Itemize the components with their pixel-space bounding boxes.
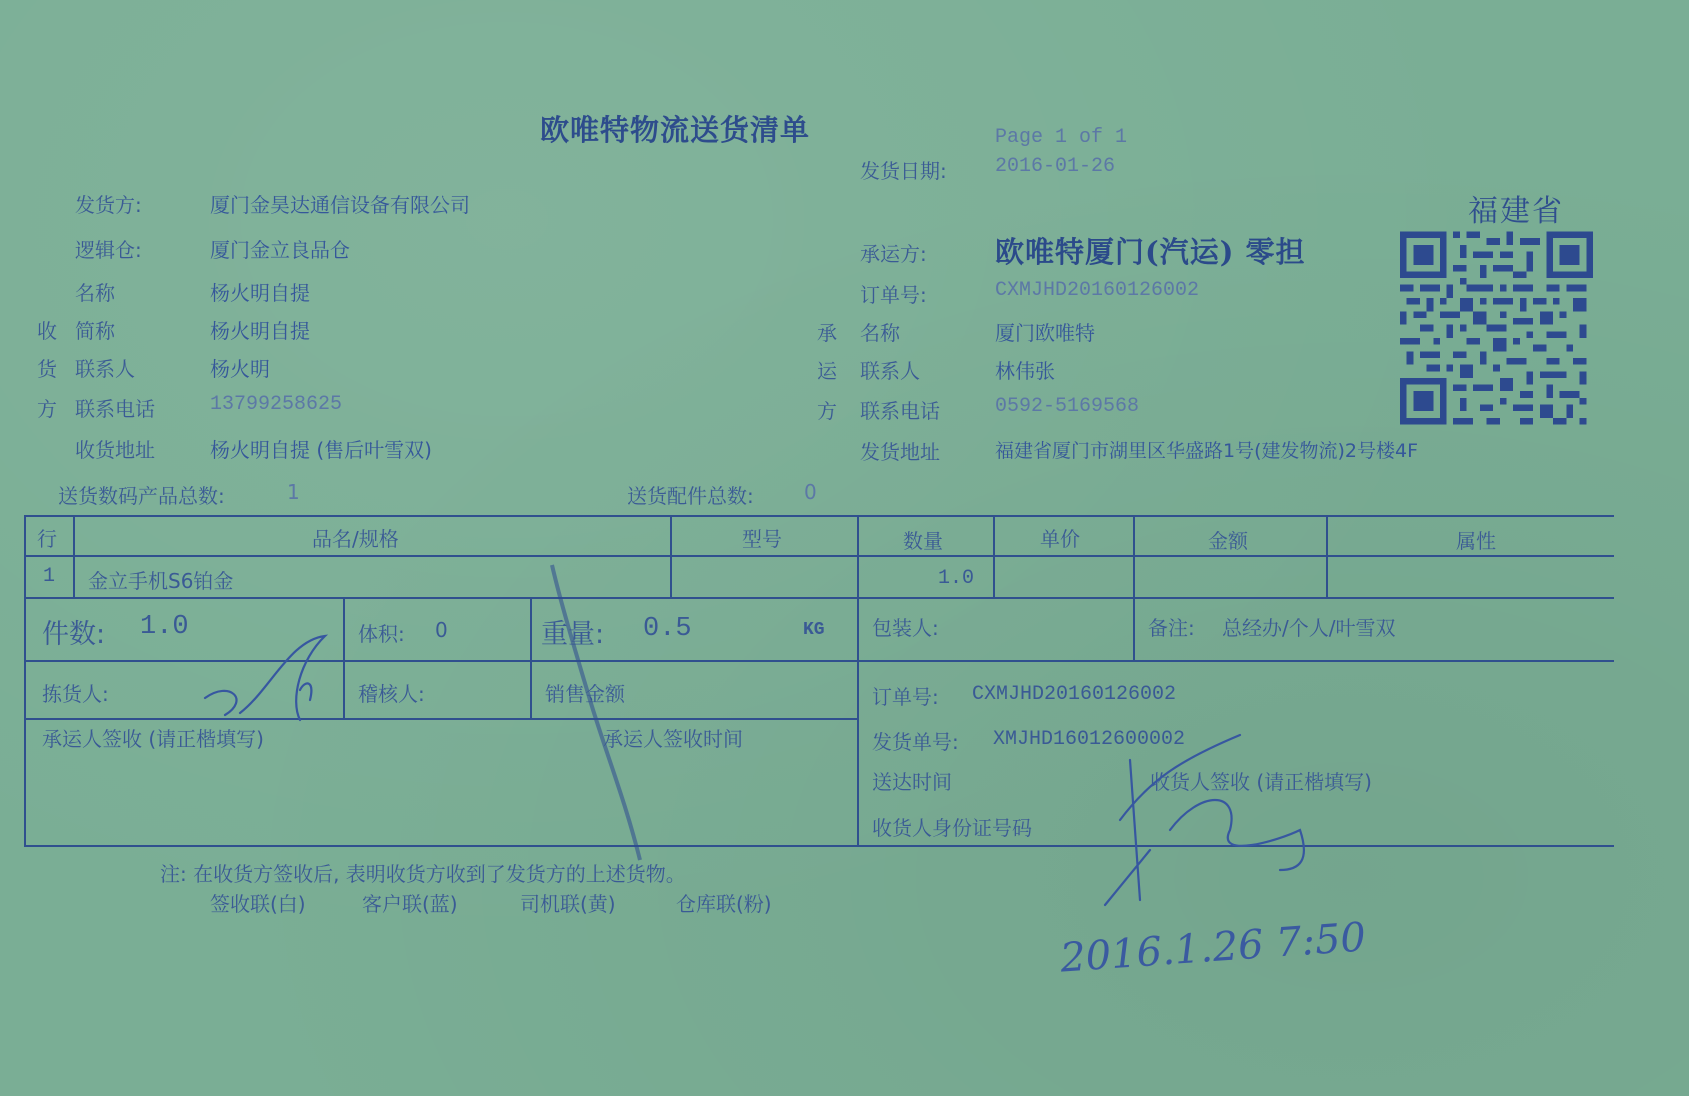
- signature-strokes: [0, 0, 1689, 1096]
- ink-stroke: [552, 565, 640, 860]
